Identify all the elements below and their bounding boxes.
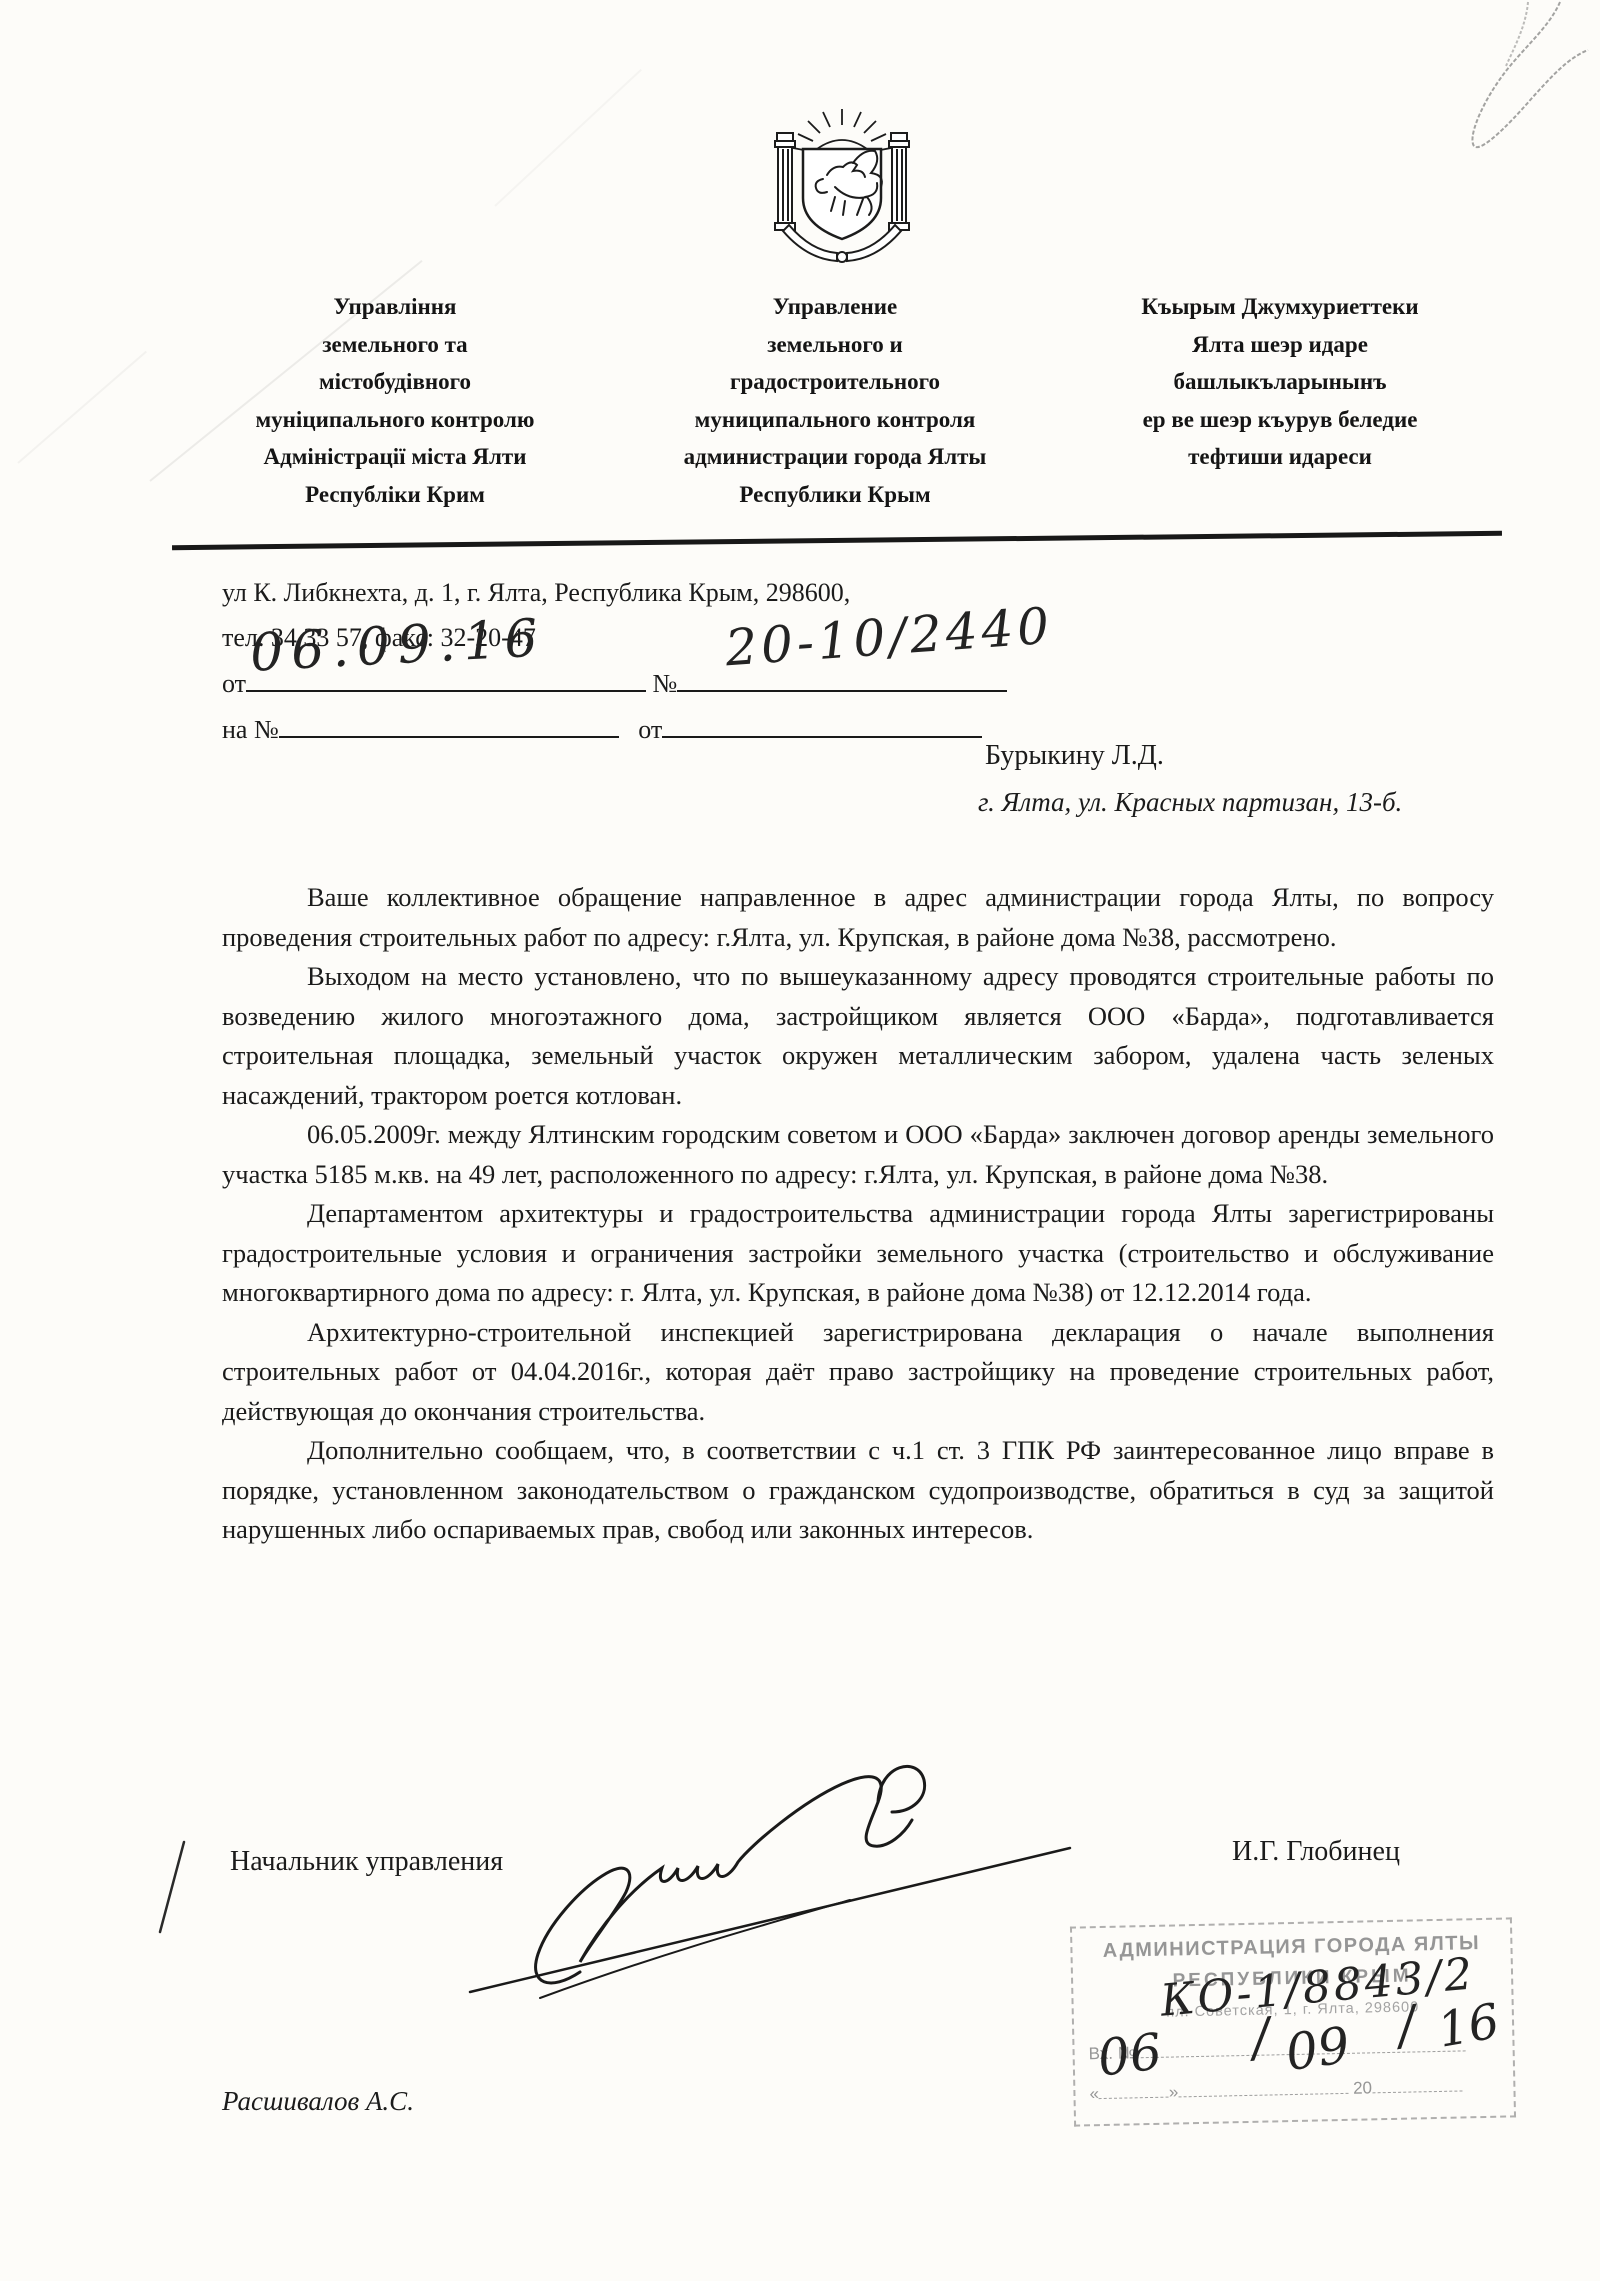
ref-from-label: от <box>222 669 246 698</box>
handwritten-month: 09 <box>1282 2016 1353 2082</box>
handwritten-signature <box>430 1740 1090 2010</box>
letterhead-line: Управление <box>630 288 1040 326</box>
reply-na-label: на № <box>222 715 279 744</box>
body-paragraph: Департаментом архитектуры и градостроите… <box>222 1194 1494 1313</box>
stamp-century-prefix: 20 <box>1353 2078 1372 2097</box>
scan-crease <box>17 351 147 464</box>
reply-date-blank <box>662 706 982 738</box>
letterhead-ukrainian: Управління земельного та містобудівного … <box>195 288 595 513</box>
letterhead-line: Республіки Крим <box>195 476 595 514</box>
letterhead-line: земельного та <box>195 326 595 364</box>
signer-name: И.Г. Глобинец <box>1232 1836 1400 1868</box>
letterhead-line: башлыкъларынынъ <box>1070 363 1490 401</box>
stamp-quote-open: « <box>1089 2084 1099 2103</box>
crimea-coat-of-arms <box>757 103 927 273</box>
pen-squiggle-mark <box>1410 0 1600 175</box>
margin-pen-mark <box>150 1836 196 1940</box>
body-paragraph: Выходом на место установлено, что по выш… <box>222 957 1494 1115</box>
recipient-address: г. Ялта, ул. Красных партизан, 13-б. <box>978 787 1402 818</box>
letterhead-line: Ялта шеэр идаре <box>1070 326 1490 364</box>
ref-number-label: № <box>653 669 678 698</box>
letterhead-line: Къырым Джумхуриеттеки <box>1070 288 1490 326</box>
body-paragraph: Архитектурно-строительной инспекцией зар… <box>222 1313 1494 1432</box>
letterhead-line: Адміністрації міста Ялти <box>195 438 595 476</box>
incoming-ref-line: на № от <box>222 706 1007 752</box>
letterhead-line: муниципального контроля <box>630 401 1040 439</box>
header-divider-rule <box>172 531 1502 550</box>
stamp-month-blank <box>1178 2075 1348 2098</box>
letterhead-line: земельного и <box>630 326 1040 364</box>
letterhead-line: градостроительного <box>630 363 1040 401</box>
letterhead-line: муніципального контролю <box>195 401 595 439</box>
stamp-year-blank <box>1372 2072 1462 2093</box>
body-paragraph: 06.05.2009г. между Ялтинским городским с… <box>222 1115 1494 1194</box>
letterhead-line: Республики Крым <box>630 476 1040 514</box>
executor-name: Расшивалов А.С. <box>222 2086 414 2117</box>
letterhead-line: администрации города Ялты <box>630 438 1040 476</box>
handwritten-year: 16 <box>1434 1993 1504 2059</box>
reply-ot-label: от <box>638 715 662 744</box>
letterhead-line: Управління <box>195 288 595 326</box>
letterhead-line: ер ве шеэр къурув беледие <box>1070 401 1490 439</box>
scan-crease <box>494 69 642 207</box>
reply-number-blank <box>279 706 619 738</box>
scanned-letter-page: Управління земельного та містобудівного … <box>0 0 1600 2281</box>
stamp-quote-close: » <box>1169 2082 1179 2101</box>
body-paragraph: Ваше коллективное обращение направленное… <box>222 878 1494 957</box>
body-paragraph: Дополнительно сообщаем, что, в соответст… <box>222 1431 1494 1550</box>
letter-body: Ваше коллективное обращение направленное… <box>222 878 1494 1550</box>
letterhead-crimean-tatar: Къырым Джумхуриеттеки Ялта шеэр идаре ба… <box>1070 288 1490 476</box>
handwritten-day: 06 <box>1095 2022 1165 2087</box>
letterhead-line: тефтиши идареси <box>1070 438 1490 476</box>
letterhead-line: містобудівного <box>195 363 595 401</box>
letterhead-russian: Управление земельного и градостроительно… <box>630 288 1040 513</box>
recipient-name: Бурыкину Л.Д. <box>985 740 1164 772</box>
